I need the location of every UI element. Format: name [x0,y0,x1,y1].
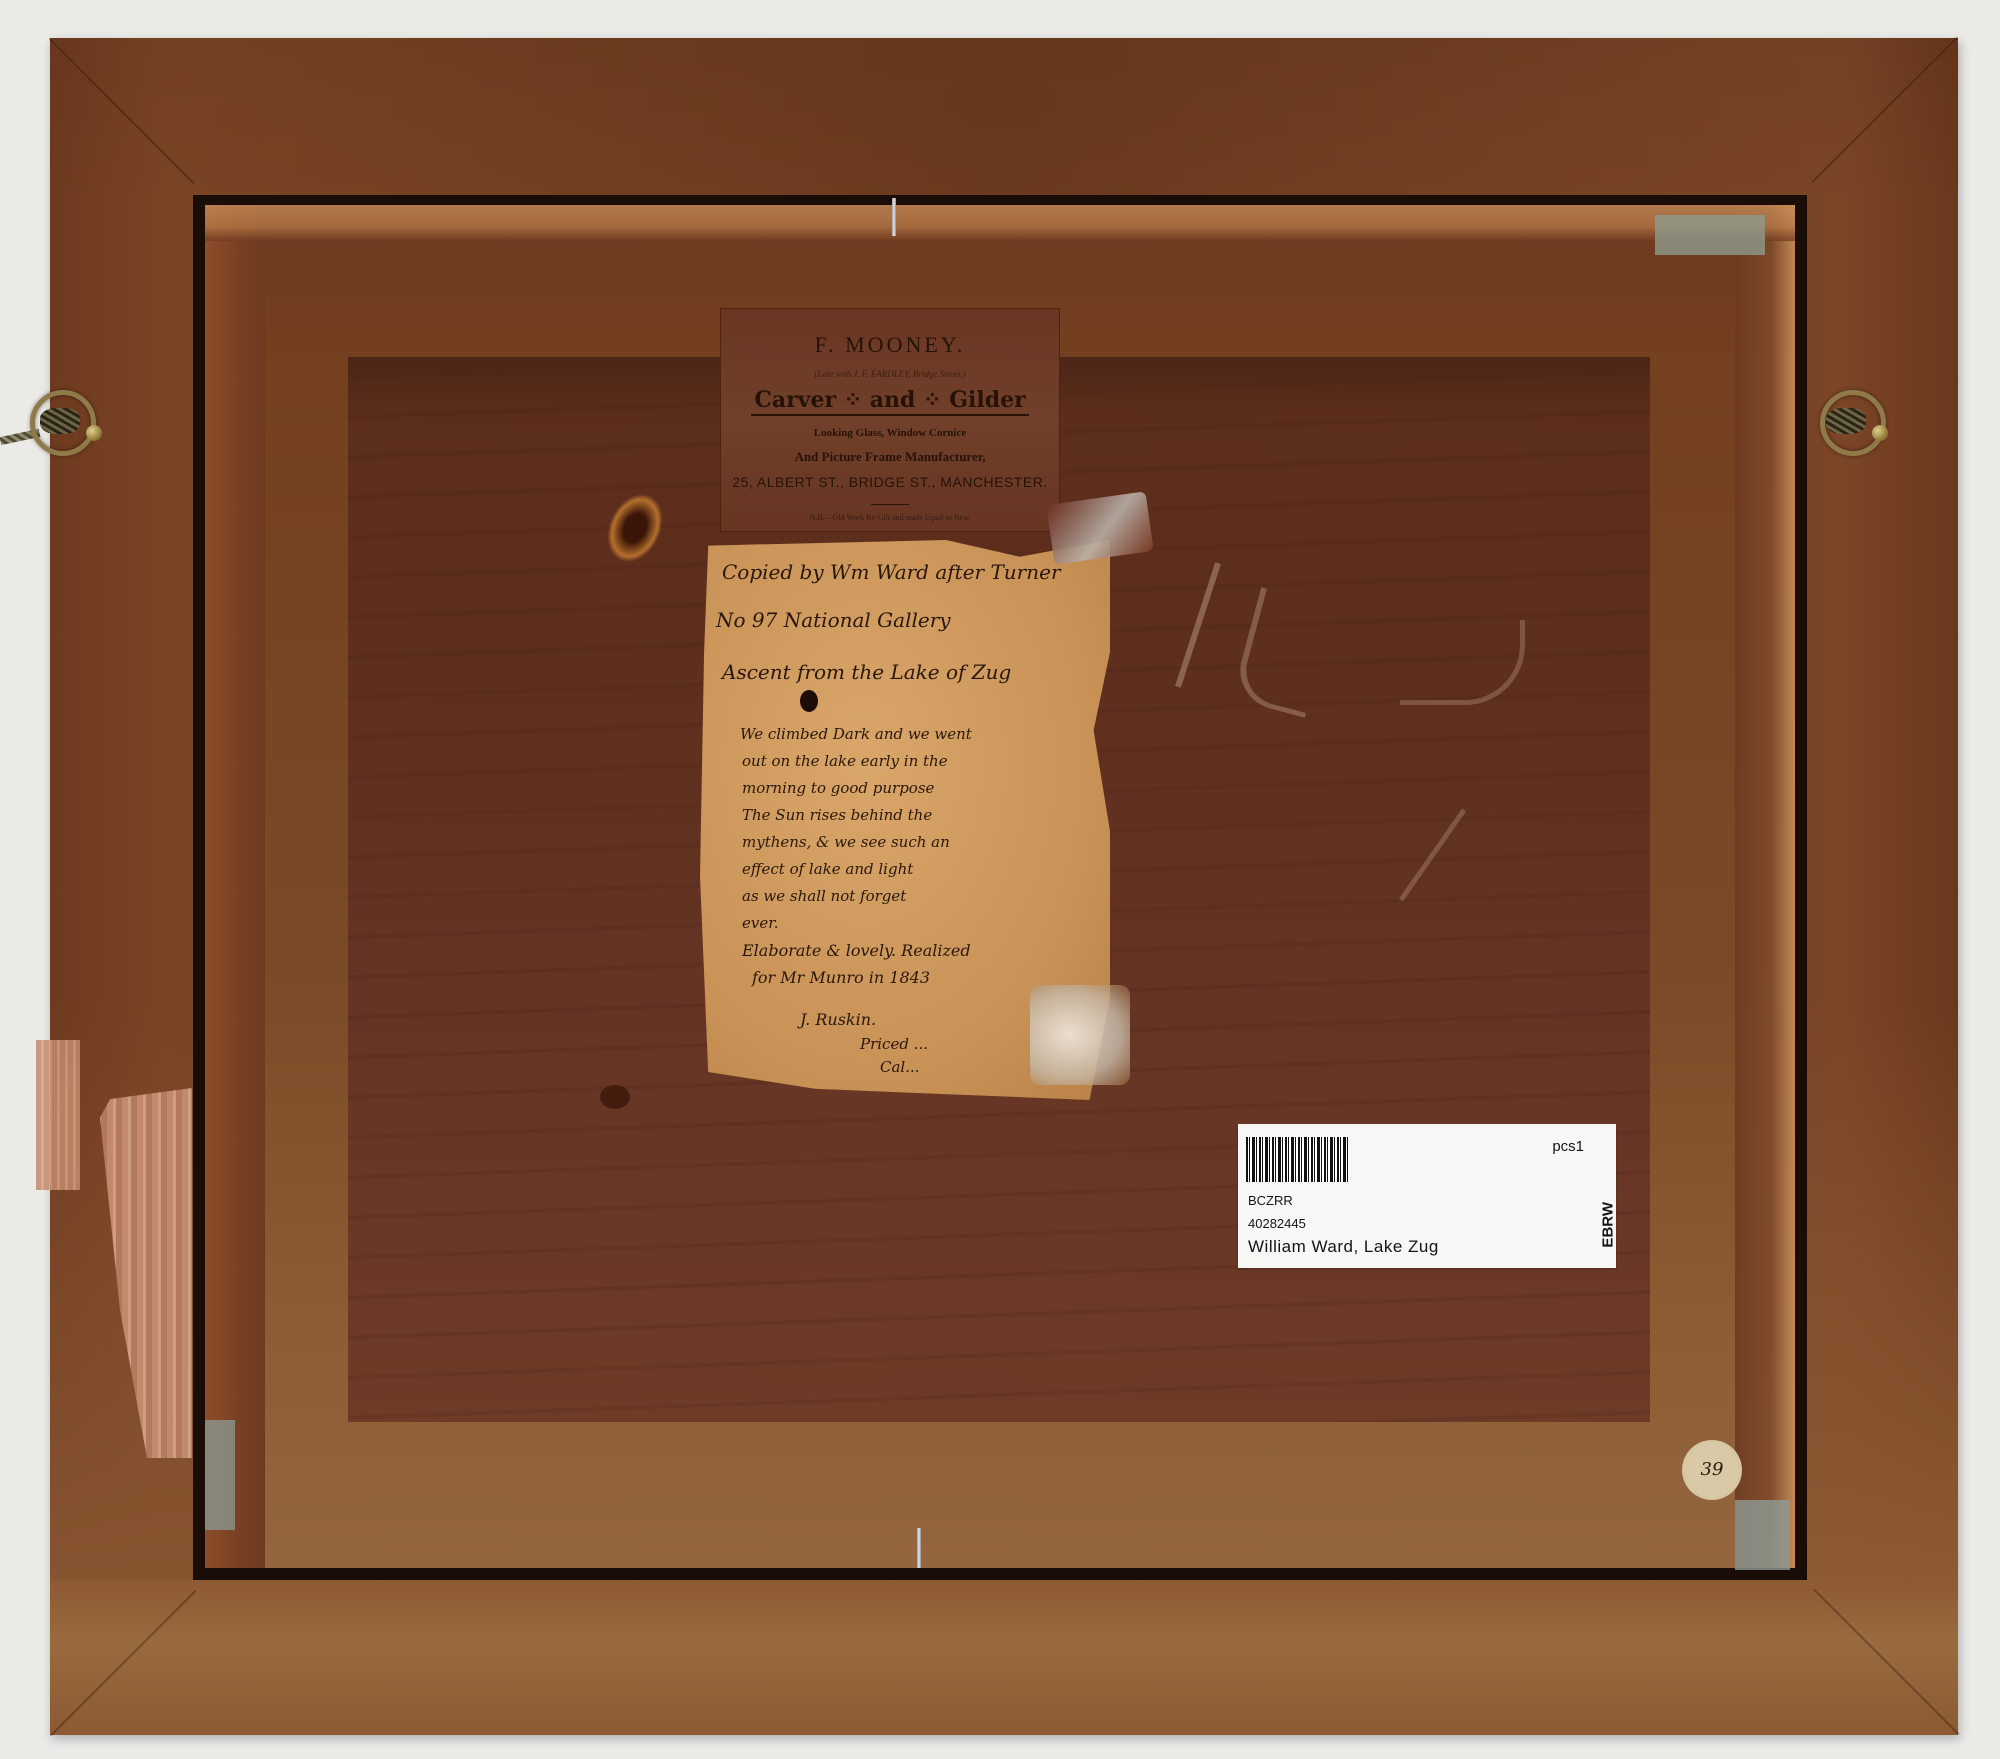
maker-line-2: And Picture Frame Manufacturer, [721,449,1059,465]
label-code: BCZRR [1248,1193,1293,1208]
maker-trade: Carver ⁘ and ⁘ Gilder [721,387,1059,413]
nail-icon [917,1528,921,1568]
frame-bottom-rail [50,1580,1958,1735]
grey-paper-patch [205,1420,235,1530]
note-line: ever. [742,914,779,932]
maker-short-rule [871,504,909,505]
backing-tape-right [1735,205,1795,1568]
backing-tape-top [205,205,1795,241]
note-line: for Mr Munro in 1843 [752,968,930,987]
label-pieces: pcs1 [1552,1138,1584,1155]
adhesive-tape-bottom [1030,985,1130,1085]
note-line: The Sun rises behind the [742,806,932,824]
wire-knot-left [40,408,80,434]
note-line: mythens, & we see such an [742,833,950,851]
backing-tape-left [205,205,265,1568]
maker-note: N.B.—Old Work Re-Gilt and made Equal to … [721,513,1059,522]
number-sticker: 39 [1682,1440,1742,1500]
label-side-code: EBRW [1600,1202,1617,1248]
note-line: as we shall not forget [742,887,906,905]
maker-late-of: (Late with J. F. EARDLEY, Bridge Street.… [721,369,1059,379]
label-number: 40282445 [1248,1216,1306,1231]
screw-icon [1872,425,1888,441]
frame-right-rail-lower [1805,1000,1958,1580]
screw-icon [86,425,102,441]
note-line: Cal... [880,1058,920,1076]
maker-name: F. MOONEY. [721,332,1059,358]
note-line: Priced ... [860,1035,928,1053]
note-line: We climbed Dark and we went [740,725,972,743]
note-line: No 97 National Gallery [716,608,951,632]
stain [600,1085,630,1109]
exposed-wood-patch-small [36,1040,80,1190]
inventory-label: BCZRR 40282445 William Ward, Lake Zug pc… [1238,1124,1616,1268]
note-signature: J. Ruskin. [800,1010,876,1029]
label-title: William Ward, Lake Zug [1248,1237,1439,1257]
frame-maker-label: F. MOONEY. (Late with J. F. EARDLEY, Bri… [720,308,1060,532]
maker-address: 25, ALBERT ST., BRIDGE ST., MANCHESTER. [721,474,1059,490]
grey-paper-patch [1735,1500,1790,1570]
note-line: effect of lake and light [742,860,913,878]
wire-knot-right [1826,408,1866,434]
note-hole [800,690,818,712]
grey-paper-patch [1655,215,1765,255]
note-line: out on the lake early in the [742,752,948,770]
nail-icon [892,198,896,236]
note-line: Ascent from the Lake of Zug [722,660,1011,684]
note-line: Copied by Wm Ward after Turner [722,560,1061,584]
note-line: morning to good purpose [742,779,934,797]
barcode-icon [1246,1137,1349,1182]
maker-line-1: Looking Glass, Window Cornice [721,427,1059,439]
note-line: Elaborate & lovely. Realized [742,941,971,960]
maker-rule [751,414,1029,416]
